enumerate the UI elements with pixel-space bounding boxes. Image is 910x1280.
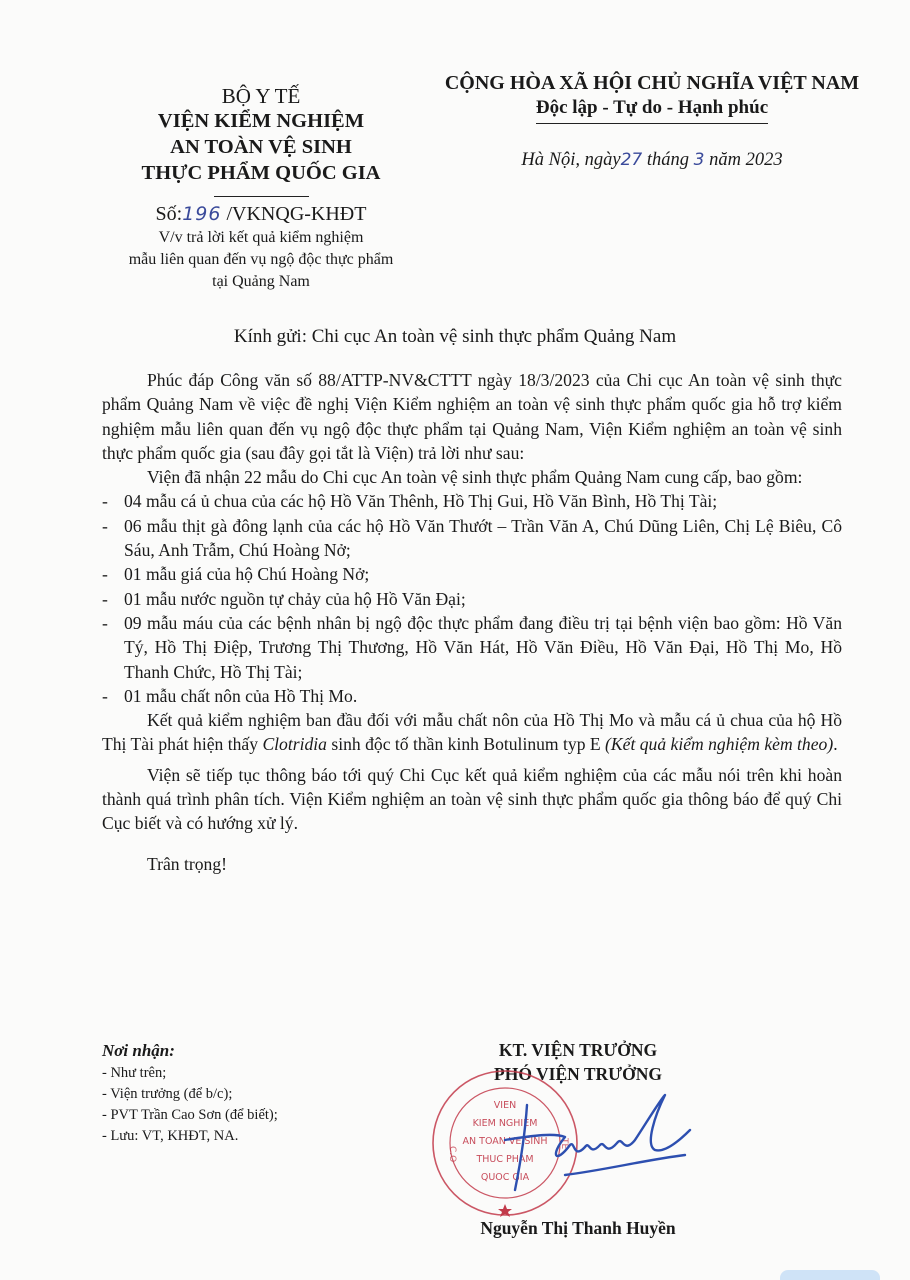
sample-text: 09 mẫu máu của các bệnh nhân bị ngộ độc …	[124, 613, 842, 682]
institute-line-2: AN TOÀN VỆ SINH	[96, 134, 426, 160]
recipient-item: - Như trên;	[102, 1063, 278, 1084]
sample-text: 04 mẫu cá ủ chua của các hộ Hồ Văn Thênh…	[124, 491, 717, 511]
date-month-handwritten: 3	[694, 150, 705, 170]
recipients-title: Nơi nhận:	[102, 1040, 278, 1061]
sample-item: -04 mẫu cá ủ chua của các hộ Hồ Văn Thên…	[102, 489, 842, 513]
header-divider	[214, 196, 309, 197]
addressee: Kính gửi: Chi cục An toàn vệ sinh thực p…	[0, 326, 910, 348]
official-letter: BỘ Y TẾ VIỆN KIỂM NGHIỆM AN TOÀN VỆ SINH…	[0, 0, 910, 1280]
received-paragraph: Viện đã nhận 22 mẫu do Chi cục An toàn v…	[102, 465, 842, 489]
date-prefix: Hà Nội, ngày	[521, 150, 620, 170]
national-header: CỘNG HÒA XÃ HỘI CHỦ NGHĨA VIỆT NAM Độc l…	[432, 70, 872, 171]
institute-line-3: THỰC PHẨM QUỐC GIA	[96, 160, 426, 186]
signer-role-1: KT. VIỆN TRƯỞNG	[438, 1038, 718, 1062]
bullet-dash: -	[102, 562, 108, 586]
institute-line-1: VIỆN KIỂM NGHIỆM	[96, 108, 426, 134]
sample-list: -04 mẫu cá ủ chua của các hộ Hồ Văn Thên…	[102, 489, 842, 708]
subject-line-2: mẫu liên quan đến vụ ngộ độc thực phẩm	[96, 249, 426, 271]
date-year: năm 2023	[709, 150, 783, 170]
sample-text: 01 mẫu chất nôn của Hồ Thị Mo.	[124, 686, 357, 706]
followup-paragraph: Viện sẽ tiếp tục thông báo tới quý Chi C…	[102, 763, 842, 836]
doc-number-code: /VKNQG-KHĐT	[221, 203, 366, 225]
nation-title: CỘNG HÒA XÃ HỘI CHỦ NGHĨA VIỆT NAM	[432, 70, 872, 96]
sample-text: 06 mẫu thịt gà đông lạnh của các hộ Hồ V…	[124, 516, 842, 560]
doc-number-handwritten: 196	[182, 203, 221, 225]
organism-name: Clotridia	[262, 734, 327, 754]
sample-text: 01 mẫu giá của hộ Chú Hoàng Nở;	[124, 564, 369, 584]
sample-item: -09 mẫu máu của các bệnh nhân bị ngộ độc…	[102, 611, 842, 684]
intro-paragraph: Phúc đáp Công văn số 88/ATTP-NV&CTTT ngà…	[102, 368, 842, 465]
subject-line-3: tại Quảng Nam	[96, 271, 426, 293]
svg-text:C.O: C.O	[447, 1146, 457, 1162]
sample-text: 01 mẫu nước nguồn tự chảy của hộ Hồ Văn …	[124, 589, 466, 609]
doc-number-label: Số:	[156, 203, 183, 225]
recipients-block: Nơi nhận: - Như trên; - Viện trưởng (để …	[102, 1040, 278, 1147]
closing: Trân trọng!	[102, 852, 842, 876]
national-motto: Độc lập - Tự do - Hạnh phúc	[536, 96, 768, 124]
recipient-item: - PVT Trần Cao Sơn (để biết);	[102, 1105, 278, 1126]
result-end: .	[833, 734, 837, 754]
result-paragraph: Kết quả kiểm nghiệm ban đầu đối với mẫu …	[102, 708, 842, 757]
date-day-handwritten: 27	[621, 150, 643, 170]
date-line: Hà Nội, ngày27 tháng 3 năm 2023	[432, 150, 872, 171]
subject-line-1: V/v trả lời kết quả kiểm nghiệm	[96, 227, 426, 249]
signer-name: Nguyễn Thị Thanh Huyền	[438, 1218, 718, 1239]
result-text-2: sinh độc tố thần kinh Botulinum typ E	[327, 734, 605, 754]
document-number: Số:196 /VKNQG-KHĐT	[96, 201, 426, 227]
issuer-header: BỘ Y TẾ VIỆN KIỂM NGHIỆM AN TOÀN VỆ SINH…	[96, 84, 426, 293]
recipient-item: - Viện trưởng (để b/c);	[102, 1084, 278, 1105]
bullet-dash: -	[102, 587, 108, 611]
recipient-item: - Lưu: VT, KHĐT, NA.	[102, 1126, 278, 1147]
bullet-dash: -	[102, 611, 108, 635]
sample-item: -01 mẫu giá của hộ Chú Hoàng Nở;	[102, 562, 842, 586]
handwritten-signature-icon	[495, 1085, 695, 1195]
bullet-dash: -	[102, 684, 108, 708]
date-month-label: tháng	[647, 150, 689, 170]
ministry-name: BỘ Y TẾ	[96, 84, 426, 108]
sample-item: -01 mẫu chất nôn của Hồ Thị Mo.	[102, 684, 842, 708]
scroll-indicator	[780, 1270, 880, 1280]
bullet-dash: -	[102, 489, 108, 513]
sample-item: -01 mẫu nước nguồn tự chảy của hộ Hồ Văn…	[102, 587, 842, 611]
bullet-dash: -	[102, 514, 108, 538]
result-note: (Kết quả kiểm nghiệm kèm theo)	[605, 734, 833, 754]
sample-item: -06 mẫu thịt gà đông lạnh của các hộ Hồ …	[102, 514, 842, 563]
letter-body: Phúc đáp Công văn số 88/ATTP-NV&CTTT ngà…	[102, 368, 842, 876]
